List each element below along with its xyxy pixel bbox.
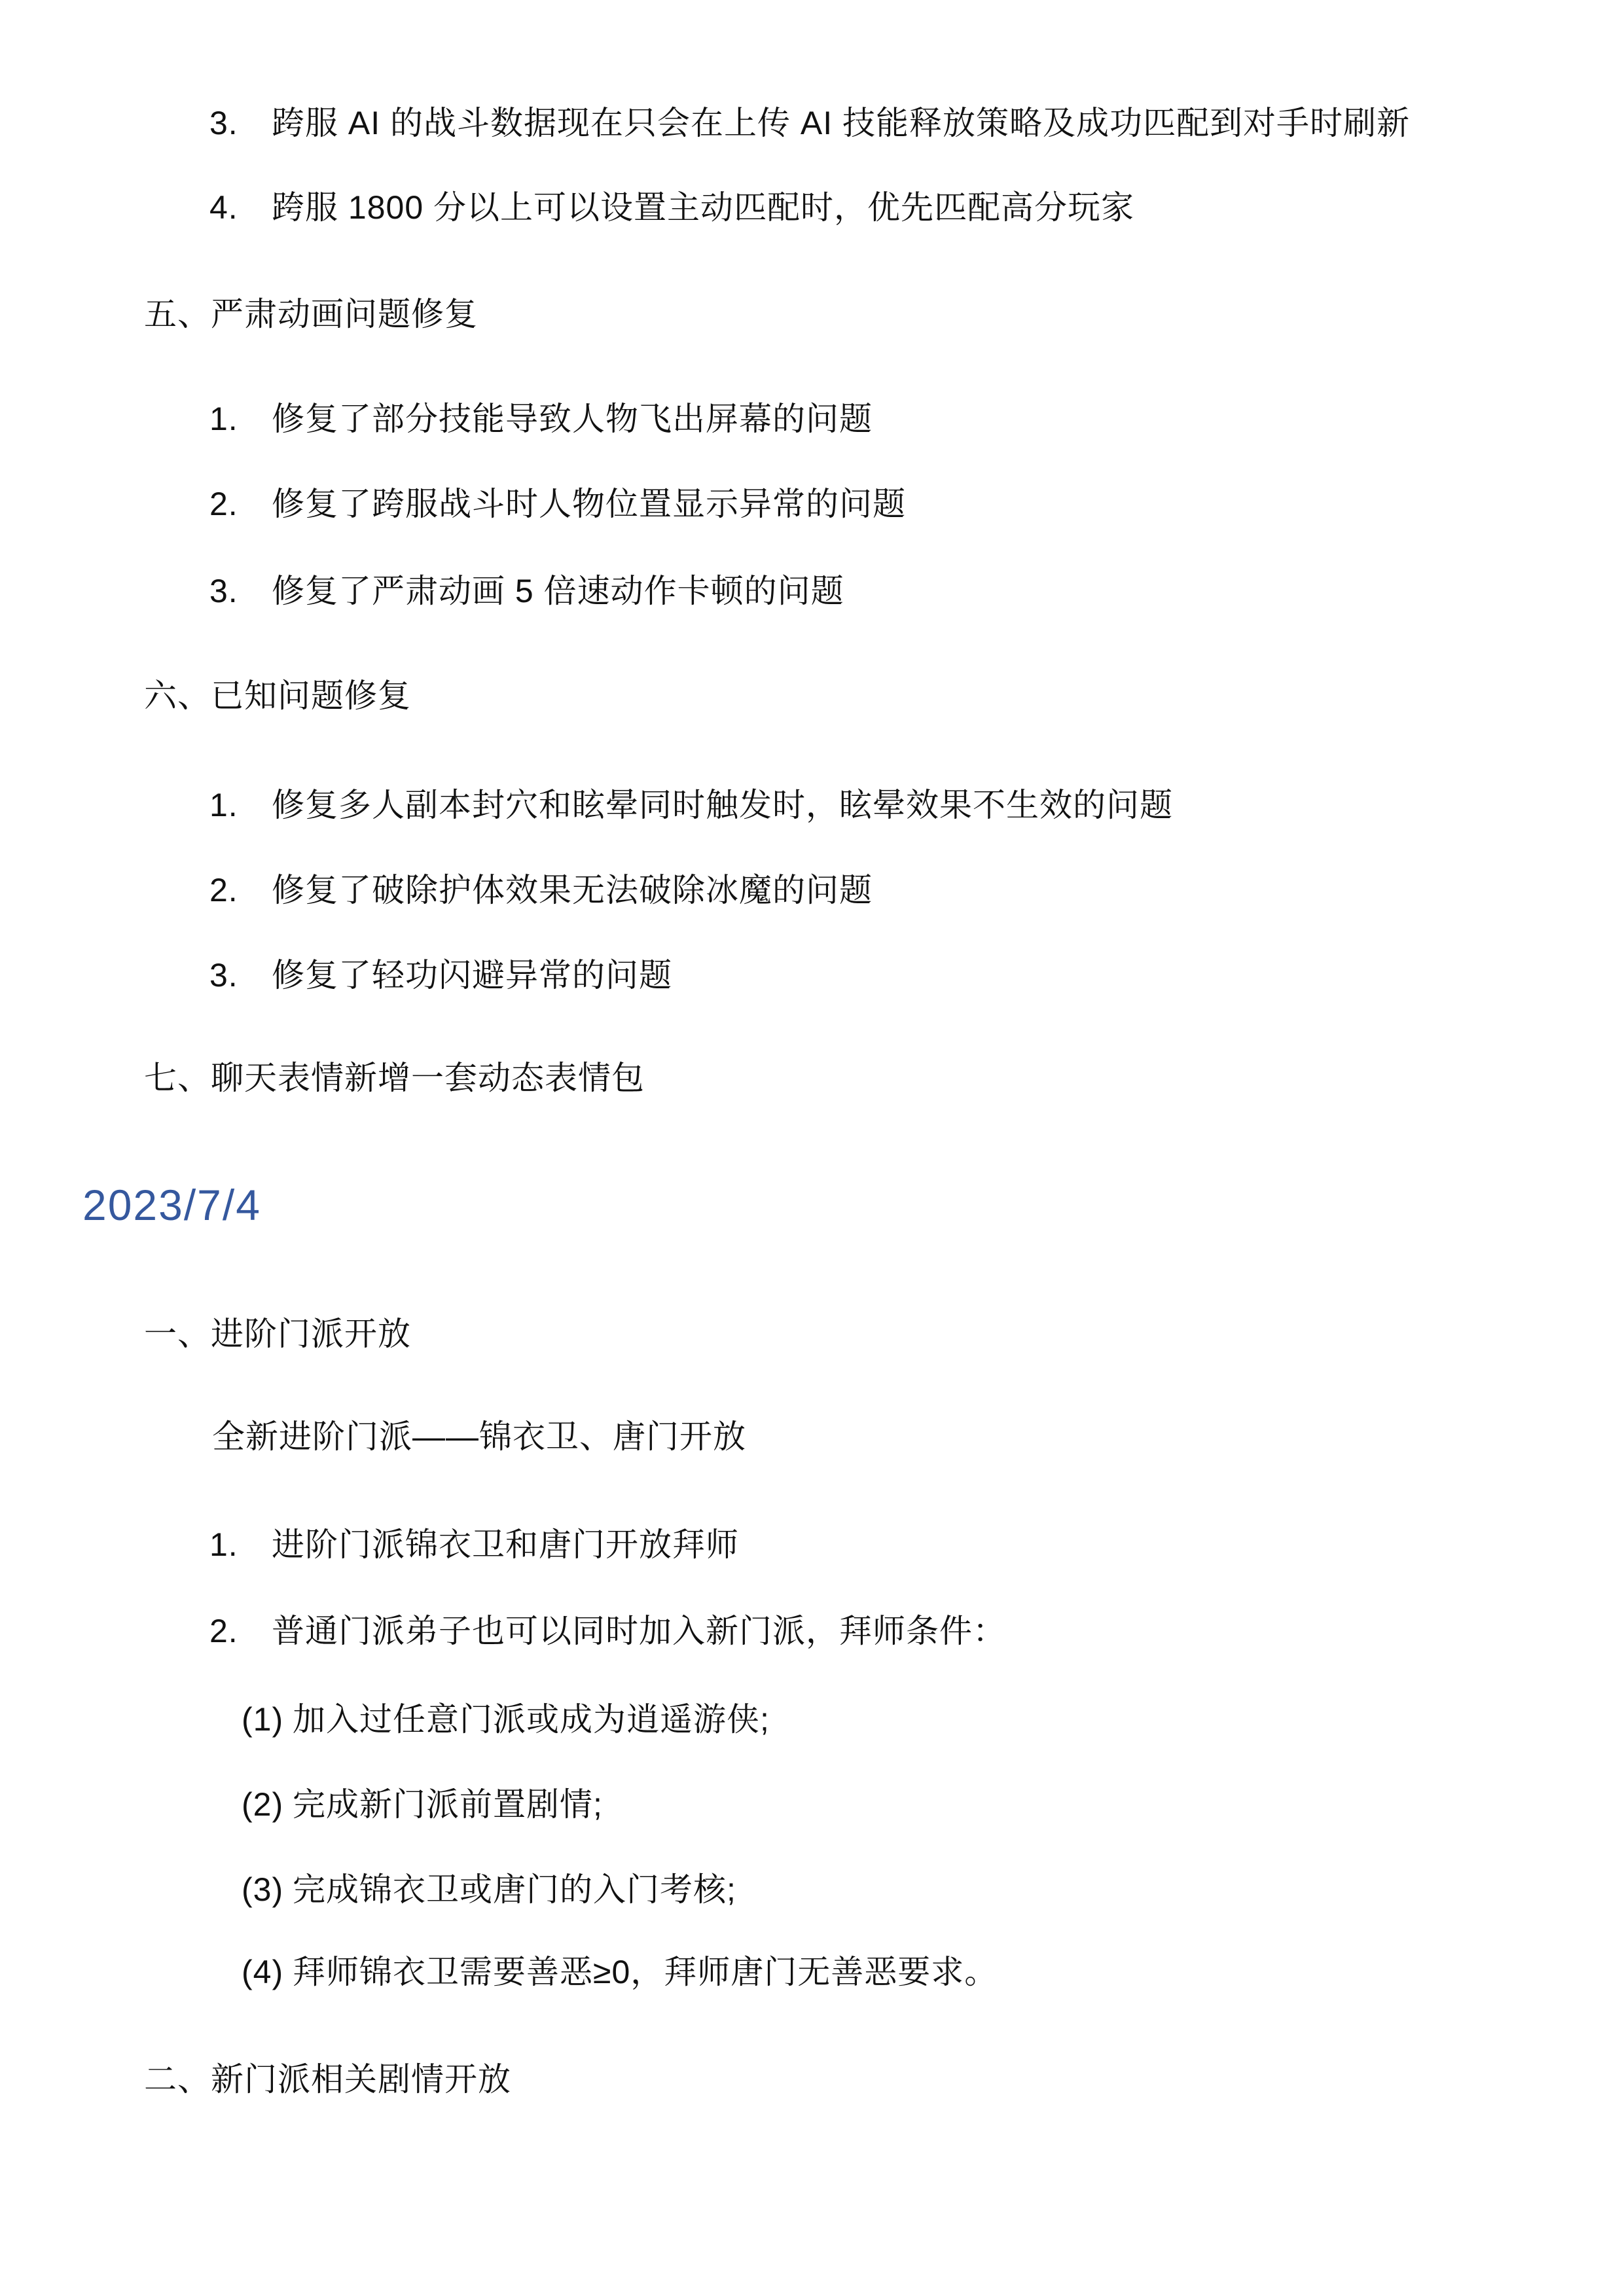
sub-list-text: 完成锦衣卫或唐门的入门考核;	[293, 1871, 736, 1908]
list-text: 修复了严肃动画 5 倍速动作卡顿的问题	[272, 573, 844, 609]
sub-list-item: (1)加入过任意门派或成为逍遥游侠;	[242, 1700, 770, 1739]
section-heading-five: 五、严肃动画问题修复	[144, 295, 478, 334]
section-heading-two: 二、新门派相关剧情开放	[144, 2060, 511, 2099]
list-number: 1.	[209, 785, 272, 825]
sub-list-item: (2)完成新门派前置剧情;	[242, 1785, 603, 1824]
list-text: 修复了跨服战斗时人物位置显示异常的问题	[272, 486, 906, 522]
list-text: 普通门派弟子也可以同时加入新门派，拜师条件：	[272, 1613, 1006, 1649]
section-heading-seven: 七、聊天表情新增一套动态表情包	[144, 1058, 645, 1098]
section-heading-one: 一、进阶门派开放	[144, 1314, 411, 1354]
sub-list-text: 加入过任意门派或成为逍遥游侠;	[293, 1701, 770, 1738]
list-text: 跨服 AI 的战斗数据现在只会在上传 AI 技能释放策略及成功匹配到对手时刷新	[272, 105, 1410, 141]
list-text: 修复了部分技能导致人物飞出屏幕的问题	[272, 401, 873, 437]
list-text: 修复多人副本封穴和眩晕同时触发时，眩晕效果不生效的问题	[272, 787, 1173, 823]
document-page: 3.跨服 AI 的战斗数据现在只会在上传 AI 技能释放策略及成功匹配到对手时刷…	[0, 0, 1624, 2296]
list-text: 修复了轻功闪避异常的问题	[272, 957, 672, 994]
list-number: 2.	[209, 484, 272, 524]
list-item: 1.修复多人副本封穴和眩晕同时触发时，眩晕效果不生效的问题	[209, 785, 1173, 825]
sub-list-item: (3)完成锦衣卫或唐门的入门考核;	[242, 1870, 736, 1909]
list-text: 跨服 1800 分以上可以设置主动匹配时，优先匹配高分玩家	[272, 189, 1134, 226]
sub-list-number: (3)	[242, 1870, 293, 1909]
list-number: 3.	[209, 956, 272, 995]
sub-list-text: 拜师锦衣卫需要善恶≥0，拜师唐门无善恶要求。	[293, 1954, 998, 1990]
list-item: 1.进阶门派锦衣卫和唐门开放拜师	[209, 1525, 739, 1564]
list-item: 4.跨服 1800 分以上可以设置主动匹配时，优先匹配高分玩家	[209, 188, 1134, 227]
list-item: 3.修复了严肃动画 5 倍速动作卡顿的问题	[209, 571, 844, 611]
sub-list-number: (1)	[242, 1700, 293, 1739]
list-item: 2.修复了破除护体效果无法破除冰魔的问题	[209, 870, 873, 910]
list-number: 3.	[209, 571, 272, 611]
list-item: 3.跨服 AI 的战斗数据现在只会在上传 AI 技能释放策略及成功匹配到对手时刷…	[209, 103, 1410, 143]
list-item: 2.普通门派弟子也可以同时加入新门派，拜师条件：	[209, 1611, 1006, 1651]
list-item: 1.修复了部分技能导致人物飞出屏幕的问题	[209, 399, 873, 439]
list-item: 3.修复了轻功闪避异常的问题	[209, 956, 672, 995]
list-number: 3.	[209, 103, 272, 143]
list-number: 4.	[209, 188, 272, 227]
lead-paragraph: 全新进阶门派——锦衣卫、唐门开放	[212, 1417, 746, 1456]
sub-list-number: (2)	[242, 1785, 293, 1824]
date-heading: 2023/7/4	[82, 1179, 261, 1231]
section-heading-six: 六、已知问题修复	[144, 676, 411, 715]
list-text: 修复了破除护体效果无法破除冰魔的问题	[272, 872, 873, 908]
list-text: 进阶门派锦衣卫和唐门开放拜师	[272, 1526, 739, 1563]
list-number: 2.	[209, 870, 272, 910]
list-item: 2.修复了跨服战斗时人物位置显示异常的问题	[209, 484, 906, 524]
list-number: 1.	[209, 1525, 272, 1564]
list-number: 2.	[209, 1611, 272, 1651]
sub-list-text: 完成新门派前置剧情;	[293, 1786, 603, 1823]
sub-list-number: (4)	[242, 1952, 293, 1992]
list-number: 1.	[209, 399, 272, 439]
sub-list-item: (4)拜师锦衣卫需要善恶≥0，拜师唐门无善恶要求。	[242, 1952, 998, 1992]
